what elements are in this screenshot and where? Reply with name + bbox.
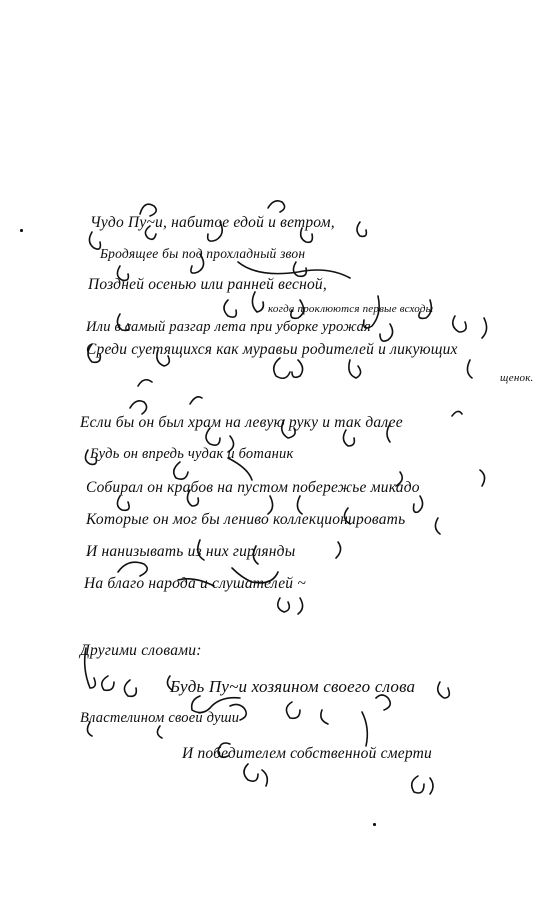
poem-line: Будь Пу~и хозяином своего слова: [170, 677, 415, 697]
poem-line: Будь он впредь чудак и ботаник: [90, 446, 293, 463]
poem-line: Или в самый разгар лета при уборке урожа…: [86, 319, 371, 336]
poem-line: Поздней осенью или ранней весной,: [88, 276, 327, 294]
poem-line: Чудо Пу~и, набитое едой и ветром,: [90, 214, 335, 232]
poem-line: Если бы он был храм на левую руку и так …: [80, 414, 403, 432]
poem-line: На благо народа и слушателей ~: [84, 575, 306, 593]
ink-speck: [20, 229, 23, 232]
scanned-page: Чудо Пу~и, набитое едой и ветром, Бродящ…: [0, 0, 550, 911]
poem-line: Собирал он крабов на пустом побережье ми…: [86, 479, 420, 497]
poem-line: Бродящее бы под прохладный звон: [100, 246, 305, 262]
poem-line: Властелином своей души: [80, 710, 239, 727]
poem-line: Среди суетящихся как муравьи родителей и…: [86, 341, 458, 359]
poem-line: Которые он мог бы лениво коллекционирова…: [86, 511, 405, 529]
poem-line: И нанизывать из них гирлянды: [86, 543, 295, 561]
poem-line: когда проклюются первые всходы: [268, 303, 433, 315]
poem-line: И победителем собственной смерти: [182, 745, 432, 763]
poem-line: щенок.: [500, 372, 534, 384]
ink-speck: [373, 823, 376, 826]
poem-line: Другими словами:: [80, 642, 202, 660]
